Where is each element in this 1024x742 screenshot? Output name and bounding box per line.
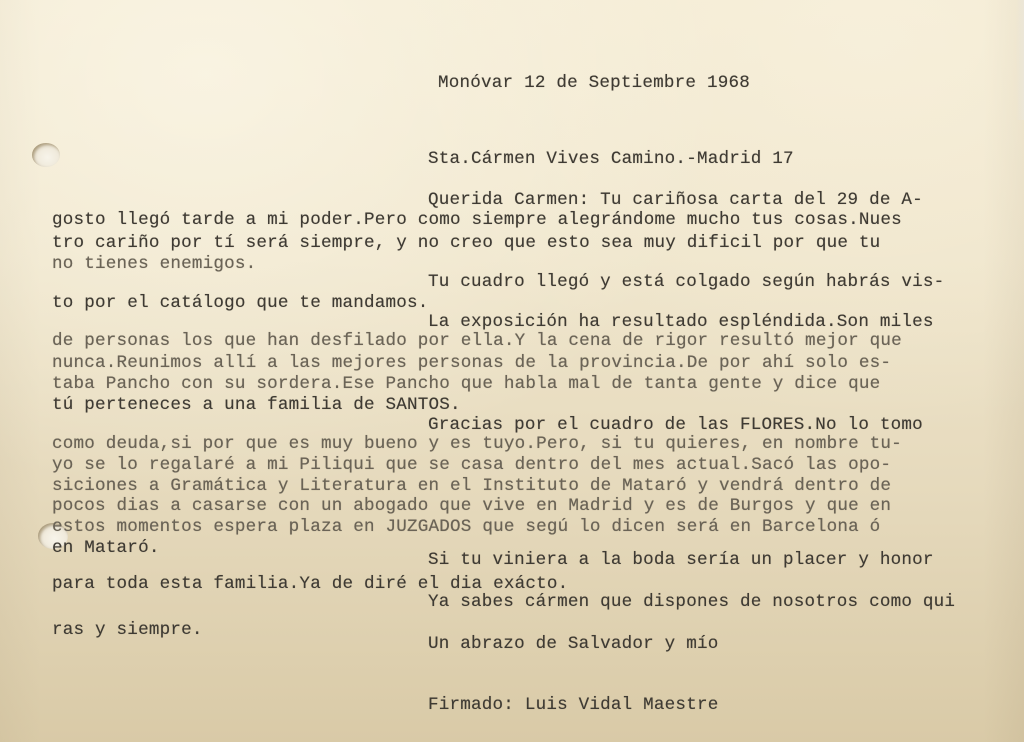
body-line: tú perteneces a una familia de SANTOS. — [52, 397, 461, 415]
body-line: tro cariño por tí será siempre, y no cre… — [52, 235, 880, 253]
body-line: para toda esta familia.Ya de diré el dia… — [52, 576, 568, 594]
body-line: to por el catálogo que te mandamos. — [52, 295, 429, 313]
letter-recipient: Sta.Cármen Vives Camino.-Madrid 17 — [428, 151, 794, 169]
body-line: en Mataró. — [52, 540, 160, 558]
letter-closing: Un abrazo de Salvador y mío — [428, 636, 718, 654]
body-line: de personas los que han desfilado por el… — [52, 333, 902, 351]
body-line: Tu cuadro llegó y está colgado según hab… — [428, 274, 944, 292]
paper-edge — [1016, 0, 1024, 120]
letter-date: Monóvar 12 de Septiembre 1968 — [438, 75, 750, 93]
body-line: La exposición ha resultado espléndida.So… — [428, 314, 934, 332]
body-line: no tienes enemigos. — [52, 256, 256, 274]
body-line: Si tu viniera a la boda sería un placer … — [428, 552, 934, 570]
body-line: Ya sabes cármen que dispones de nosotros… — [428, 594, 955, 612]
body-line: Querida Carmen: Tu cariñosa carta del 29… — [428, 192, 923, 210]
body-line: ras y siempre. — [52, 622, 203, 640]
body-line: siciones a Gramática y Literatura en el … — [52, 478, 891, 496]
body-line: pocos dias a casarse con un abogado que … — [52, 498, 891, 516]
body-line: gosto llegó tarde a mi poder.Pero como s… — [52, 212, 902, 230]
body-line: Gracias por el cuadro de las FLORES.No l… — [428, 417, 923, 435]
body-line: yo se lo regalaré a mi Piliqui que se ca… — [52, 457, 891, 475]
body-line: nunca.Reunimos allí a las mejores person… — [52, 355, 891, 373]
letter-signature: Firmado: Luis Vidal Maestre — [428, 697, 718, 715]
body-line: taba Pancho con su sordera.Ese Pancho qu… — [52, 376, 880, 394]
body-line: como deuda,si por que es muy bueno y es … — [52, 436, 902, 454]
punch-hole-top — [32, 143, 60, 167]
body-line: estos momentos espera plaza en JUZGADOS … — [52, 519, 880, 537]
